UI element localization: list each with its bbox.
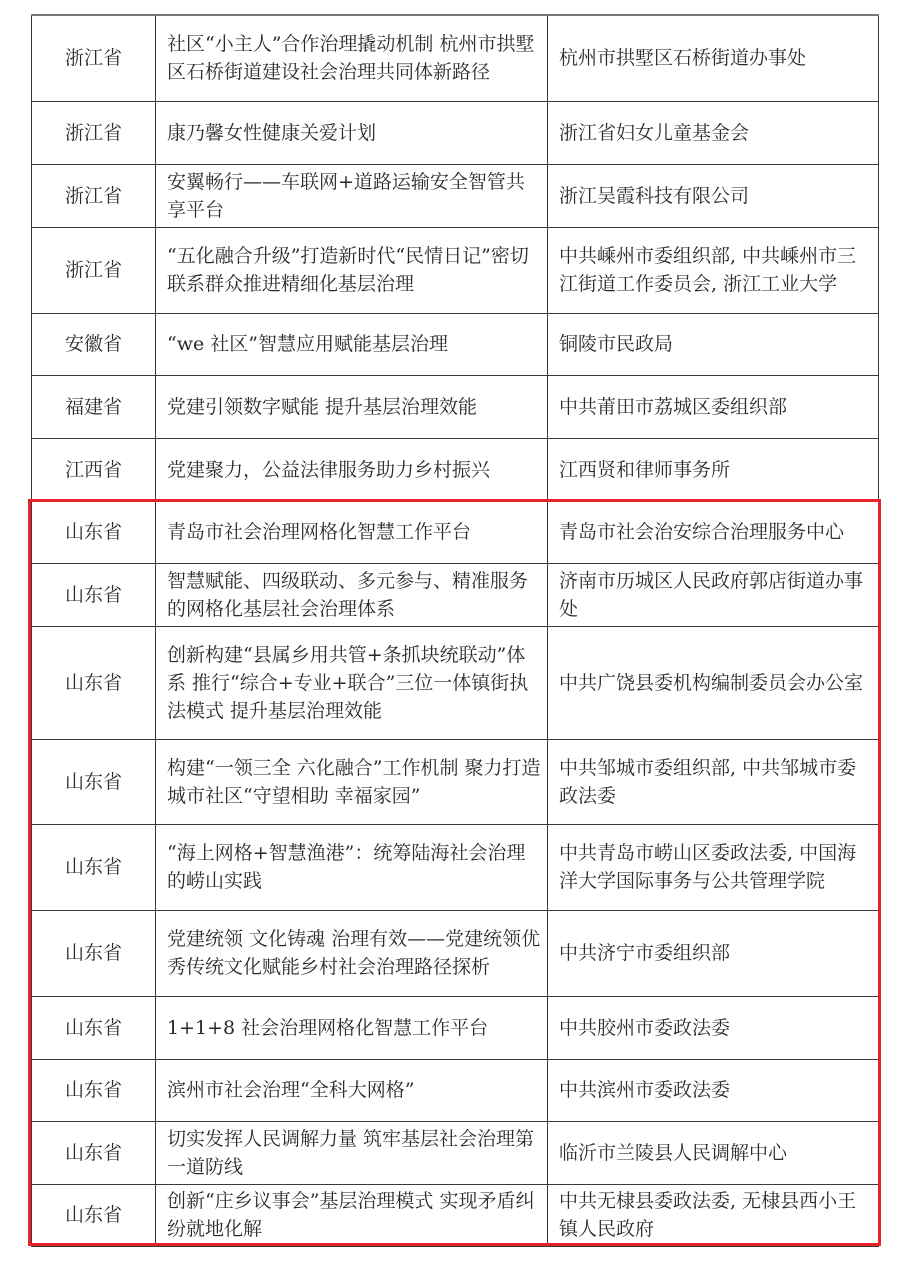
- table-row: 安徽省“we 社区”智慧应用赋能基层治理铜陵市民政局: [32, 313, 879, 375]
- project-name-cell: 智慧赋能、四级联动、多元参与、精准服务的网格化基层社会治理体系: [156, 563, 548, 626]
- organization-cell: 中共滨州市委政法委: [548, 1059, 879, 1121]
- table-row: 江西省党建聚力，公益法律服务助力乡村振兴江西贤和律师事务所: [32, 438, 879, 501]
- province-cell: 山东省: [32, 563, 156, 626]
- province-cell: 江西省: [32, 438, 156, 501]
- table-row: 山东省党建统领 文化铸魂 治理有效——党建统领优秀传统文化赋能乡村社会治理路径探…: [32, 910, 879, 996]
- table-row: 浙江省安翼畅行——车联网+道路运输安全智管共享平台浙江吴霞科技有限公司: [32, 164, 879, 227]
- table-row: 山东省构建“一领三全 六化融合”工作机制 聚力打造城市社区“守望相助 幸福家园”…: [32, 739, 879, 824]
- project-name-cell: 康乃馨女性健康关爱计划: [156, 101, 548, 164]
- province-cell: 山东省: [32, 501, 156, 563]
- table-row: 浙江省“五化融合升级”打造新时代“民情日记”密切联系群众推进精细化基层治理中共嵊…: [32, 227, 879, 313]
- organization-cell: 中共邹城市委组织部, 中共邹城市委政法委: [548, 739, 879, 824]
- organization-cell: 中共青岛市崂山区委政法委, 中国海洋大学国际事务与公共管理学院: [548, 824, 879, 910]
- table-row: 山东省青岛市社会治理网格化智慧工作平台青岛市社会治安综合治理服务中心: [32, 501, 879, 563]
- province-cell: 山东省: [32, 739, 156, 824]
- organization-cell: 济南市历城区人民政府郭店街道办事处: [548, 563, 879, 626]
- project-name-cell: 构建“一领三全 六化融合”工作机制 聚力打造城市社区“守望相助 幸福家园”: [156, 739, 548, 824]
- project-name-cell: 切实发挥人民调解力量 筑牢基层社会治理第一道防线: [156, 1121, 548, 1184]
- organization-cell: 中共无棣县委政法委, 无棣县西小王镇人民政府: [548, 1184, 879, 1246]
- organization-cell: 中共广饶县委机构编制委员会办公室: [548, 626, 879, 739]
- province-cell: 山东省: [32, 1121, 156, 1184]
- province-cell: 福建省: [32, 375, 156, 438]
- organization-cell: 临沂市兰陵县人民调解中心: [548, 1121, 879, 1184]
- province-cell: 浙江省: [32, 227, 156, 313]
- project-name-cell: “五化融合升级”打造新时代“民情日记”密切联系群众推进精细化基层治理: [156, 227, 548, 313]
- project-name-cell: 社区“小主人”合作治理撬动机制 杭州市拱墅区石桥街道建设社会治理共同体新路径: [156, 15, 548, 101]
- table-row: 山东省创新“庄乡议事会”基层治理模式 实现矛盾纠纷就地化解中共无棣县委政法委, …: [32, 1184, 879, 1246]
- province-cell: 浙江省: [32, 15, 156, 101]
- project-name-cell: 党建统领 文化铸魂 治理有效——党建统领优秀传统文化赋能乡村社会治理路径探析: [156, 910, 548, 996]
- project-name-cell: 1+1+8 社会治理网格化智慧工作平台: [156, 996, 548, 1059]
- table-row: 山东省创新构建“县属乡用共管+条抓块统联动”体系 推行“综合+专业+联合”三位一…: [32, 626, 879, 739]
- organization-cell: 杭州市拱墅区石桥街道办事处: [548, 15, 879, 101]
- province-cell: 山东省: [32, 910, 156, 996]
- province-cell: 山东省: [32, 626, 156, 739]
- organization-cell: 铜陵市民政局: [548, 313, 879, 375]
- province-cell: 山东省: [32, 996, 156, 1059]
- organization-cell: 浙江省妇女儿童基金会: [548, 101, 879, 164]
- award-list-table: 浙江省社区“小主人”合作治理撬动机制 杭州市拱墅区石桥街道建设社会治理共同体新路…: [31, 14, 879, 1247]
- province-cell: 山东省: [32, 824, 156, 910]
- province-cell: 山东省: [32, 1184, 156, 1246]
- table-row: 山东省智慧赋能、四级联动、多元参与、精准服务的网格化基层社会治理体系济南市历城区…: [32, 563, 879, 626]
- project-name-cell: 滨州市社会治理“全科大网格”: [156, 1059, 548, 1121]
- province-cell: 安徽省: [32, 313, 156, 375]
- project-name-cell: 安翼畅行——车联网+道路运输安全智管共享平台: [156, 164, 548, 227]
- table-row: 山东省“海上网格+智慧渔港”：统筹陆海社会治理的崂山实践中共青岛市崂山区委政法委…: [32, 824, 879, 910]
- project-name-cell: 党建聚力，公益法律服务助力乡村振兴: [156, 438, 548, 501]
- organization-cell: 江西贤和律师事务所: [548, 438, 879, 501]
- province-cell: 浙江省: [32, 101, 156, 164]
- table-row: 山东省切实发挥人民调解力量 筑牢基层社会治理第一道防线临沂市兰陵县人民调解中心: [32, 1121, 879, 1184]
- organization-cell: 浙江吴霞科技有限公司: [548, 164, 879, 227]
- organization-cell: 中共济宁市委组织部: [548, 910, 879, 996]
- project-name-cell: 青岛市社会治理网格化智慧工作平台: [156, 501, 548, 563]
- province-cell: 浙江省: [32, 164, 156, 227]
- project-name-cell: “海上网格+智慧渔港”：统筹陆海社会治理的崂山实践: [156, 824, 548, 910]
- organization-cell: 中共胶州市委政法委: [548, 996, 879, 1059]
- province-cell: 山东省: [32, 1059, 156, 1121]
- table-row: 山东省滨州市社会治理“全科大网格”中共滨州市委政法委: [32, 1059, 879, 1121]
- project-name-cell: “we 社区”智慧应用赋能基层治理: [156, 313, 548, 375]
- table-row: 福建省党建引领数字赋能 提升基层治理效能中共莆田市荔城区委组织部: [32, 375, 879, 438]
- organization-cell: 青岛市社会治安综合治理服务中心: [548, 501, 879, 563]
- project-name-cell: 党建引领数字赋能 提升基层治理效能: [156, 375, 548, 438]
- project-name-cell: 创新“庄乡议事会”基层治理模式 实现矛盾纠纷就地化解: [156, 1184, 548, 1246]
- table-row: 山东省1+1+8 社会治理网格化智慧工作平台中共胶州市委政法委: [32, 996, 879, 1059]
- table-row: 浙江省社区“小主人”合作治理撬动机制 杭州市拱墅区石桥街道建设社会治理共同体新路…: [32, 15, 879, 101]
- project-name-cell: 创新构建“县属乡用共管+条抓块统联动”体系 推行“综合+专业+联合”三位一体镇街…: [156, 626, 548, 739]
- organization-cell: 中共嵊州市委组织部, 中共嵊州市三江街道工作委员会, 浙江工业大学: [548, 227, 879, 313]
- organization-cell: 中共莆田市荔城区委组织部: [548, 375, 879, 438]
- table-row: 浙江省康乃馨女性健康关爱计划浙江省妇女儿童基金会: [32, 101, 879, 164]
